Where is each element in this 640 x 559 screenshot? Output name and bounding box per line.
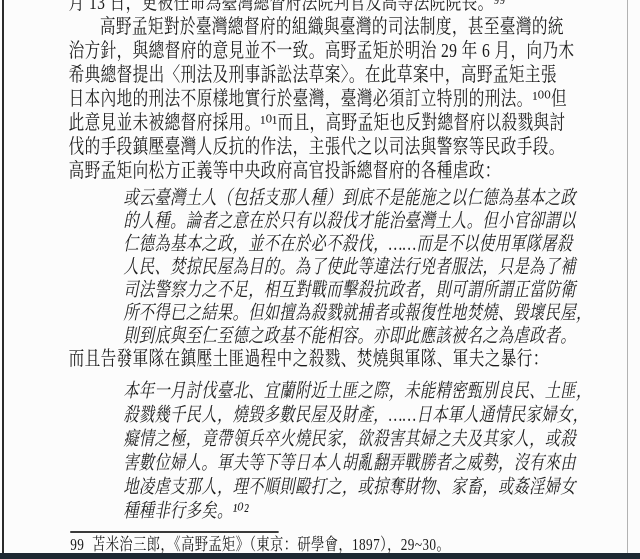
scanned-document-page: 月 13 日，更被任命為臺灣總督府法院判官及高等法院院長。⁹⁹ 高野孟矩對於臺灣… — [0, 0, 640, 559]
scan-border-right — [627, 0, 628, 553]
quote-line: 或云臺灣土人（包括支那人種）到底不是能施之以仁德為基本之政 — [123, 187, 640, 210]
text-line: 希典總督提出〈刑法及刑事訴訟法草案〉。在此草案中，高野孟矩主張 — [69, 63, 640, 87]
quote-line: 殺戮幾千民人，燒毀多數民屋及財產，……日本軍人通情民家婦女， — [123, 404, 640, 428]
intro-line: 月 13 日，更被任命為臺灣總督府法院判官及高等法院院長。⁹⁹ — [69, 0, 640, 15]
text-line: 伐的手段鎮壓臺灣人反抗的作法，主張代之以司法與警察等民政手段。 — [69, 135, 640, 159]
quote-line: 則到底與至仁至德之政基不能相容。亦即此應該被名之為虐政者。 — [123, 325, 640, 348]
text-column: 月 13 日，更被任命為臺灣總督府法院判官及高等法院院長。⁹⁹ 高野孟矩對於臺灣… — [0, 0, 640, 554]
text-line: 高野孟矩對於臺灣總督府的組織與臺灣的司法制度，甚至臺灣的統 — [69, 15, 640, 39]
footnote: 99苫米治三郎，《高野孟矩》（東京：研學會，1897），29~30。 — [70, 536, 640, 554]
block-quote-2: 本年一月討伐臺北、宜蘭附近土匪之際，未能精密甄別良民、土匪， 殺戮幾千民人，燒毀… — [123, 380, 640, 524]
quote-line: 地凌虐支那人，理不順則毆打之，或掠奪財物、家畜，或姦淫婦女 — [123, 476, 640, 500]
text-line: 此意見並未被總督府採用。¹⁰¹而且，高野孟矩也反對總督府以殺戮與討 — [69, 111, 640, 135]
quote-line: 的人種。論者之意在於只有以殺伐才能治臺灣土人。但小官卻謂以 — [123, 210, 640, 233]
quote-line: 癡情之極，竟帶領兵卒火燒民家，欲殺害其婦之夫及其家人，或殺 — [123, 428, 640, 452]
scan-bottom-strip — [0, 553, 640, 559]
text-line: 日本內地的刑法不原樣地實行於臺灣，臺灣必須訂立特別的刑法。¹⁰⁰但 — [69, 87, 640, 111]
quote-line: 所不得已之結果。但如擅為殺戮就捕者或報復性地焚燒、毀壞民屋， — [123, 302, 640, 325]
block-quote-1: 或云臺灣土人（包括支那人種）到底不是能施之以仁德為基本之政 的人種。論者之意在於… — [123, 187, 640, 348]
footnote-text: 苫米治三郎，《高野孟矩》（東京：研學會，1897），29~30。 — [92, 535, 450, 554]
scan-border-left — [2, 0, 4, 556]
paragraph-1: 月 13 日，更被任命為臺灣總督府法院判官及高等法院院長。⁹⁹ 高野孟矩對於臺灣… — [69, 0, 640, 183]
paragraph-2: 而且告發軍隊在鎮壓土匪過程中之殺戮、焚燒與軍隊、軍夫之暴行： — [69, 348, 640, 371]
quote-line: 人民、焚掠民屋為目的。為了使此等違法行兇者服法，只是為了補 — [123, 256, 640, 279]
quote-line: 種種非行多矣。¹⁰² — [123, 500, 640, 524]
text-line: 而且告發軍隊在鎮壓土匪過程中之殺戮、焚燒與軍隊、軍夫之暴行： — [69, 348, 640, 371]
text-line: 高野孟矩向松方正義等中央政府高官投訴總督府的各種虐政： — [69, 159, 640, 183]
footnote-divider — [70, 531, 278, 533]
quote-line: 司法警察力之不足，相互對戰而擊殺抗政者，則可謂所謂正當防衛 — [123, 279, 640, 302]
footnote-number: 99 — [70, 535, 84, 554]
text-line: 治方針，與總督府的意見並不一致。高野孟矩於明治 29 年 6 月，向乃木 — [69, 39, 640, 63]
quote-line: 本年一月討伐臺北、宜蘭附近土匪之際，未能精密甄別良民、土匪， — [123, 380, 640, 404]
quote-line: 害數位婦人。軍夫等下等日本人胡亂翻弄戰勝者之威勢，沒有來由 — [123, 452, 640, 476]
quote-line: 仁德為基本之政，並不在於必不殺伐，……而是不以使用軍隊屠殺 — [123, 233, 640, 256]
